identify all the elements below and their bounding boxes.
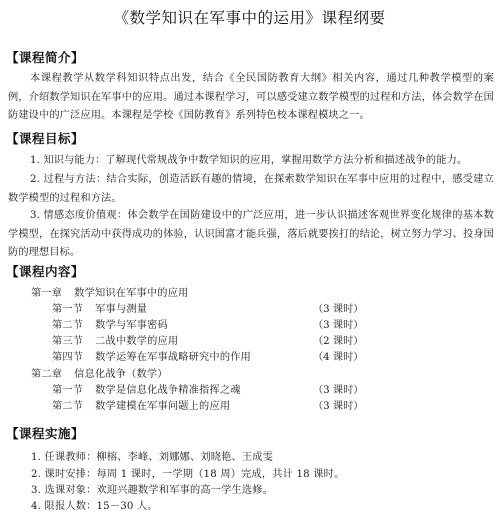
- chapter-label: 第二章: [31, 369, 62, 380]
- section-label: 第一节: [52, 304, 83, 315]
- section-hours: （2 课时）: [313, 334, 363, 350]
- section-title: 数学是信息化战争精准指挥之魂: [95, 385, 240, 396]
- chapter-label: 第一章: [31, 288, 62, 299]
- section-heading-content: 【课程内容】: [6, 262, 84, 280]
- chapter-2-section-2: 第二节数学建模在军事问题上的应用: [52, 399, 230, 415]
- intro-paragraph: 本课程教学从数学科知识特点出发，结合《全民国防教育大纲》相关内容，通过几种教学模…: [8, 70, 494, 126]
- chapter-1-section-1: 第一节军事与测量: [52, 302, 147, 318]
- chapter-title: 信息化战争（数学）: [74, 369, 168, 380]
- section-heading-implementation: 【课程实施】: [6, 424, 84, 442]
- chapter-1: 第一章数学知识在军事中的应用: [31, 286, 188, 302]
- page-title: 《数学知识在军事中的运用》课程纲要: [0, 6, 499, 28]
- section-hours: （3 课时）: [313, 318, 363, 334]
- goal-item-1: 1. 知识与能力：了解现代常规战争中数学知识的应用，掌握用数学方法分析和描述战争…: [8, 152, 494, 171]
- section-label: 第二节: [52, 401, 83, 412]
- implementation-item-1: 1. 任课教师：柳榕、李峰、刘娜娜、刘晓艳、王成雯: [31, 450, 273, 466]
- section-title: 二战中数学的应用: [95, 336, 178, 347]
- chapter-1-section-3: 第三节二战中数学的应用: [52, 334, 178, 350]
- section-hours: （4 课时）: [313, 350, 363, 366]
- section-heading-intro: 【课程简介】: [6, 48, 84, 66]
- section-label: 第三节: [52, 336, 83, 347]
- implementation-item-2: 2. 课时安排：每周 1 课时，一学期（18 周）完成，共计 18 课时。: [31, 467, 344, 483]
- goal-item-3: 3. 情感态度价值观：体会数学在国防建设中的广泛应用，进一步认识描述客观世界变化…: [8, 207, 494, 263]
- section-title: 军事与测量: [95, 304, 147, 315]
- section-label: 第二节: [52, 320, 83, 331]
- goal-item-2: 2. 过程与方法：结合实际，创造活跃有趣的情境，在探索数学知识在军事中应用的过程…: [8, 171, 494, 208]
- chapter-2: 第二章信息化战争（数学）: [31, 367, 168, 383]
- implementation-item-3: 3. 选课对象：欢迎兴趣数学和军事的高一学生选修。: [31, 483, 273, 499]
- section-title: 数学与军事密码: [95, 320, 168, 331]
- section-label: 第一节: [52, 385, 83, 396]
- implementation-item-4: 4. 限报人数：15－30 人。: [31, 499, 158, 515]
- section-heading-goals: 【课程目标】: [6, 129, 84, 147]
- section-hours: （3 课时）: [313, 383, 363, 399]
- section-label: 第四节: [52, 352, 83, 363]
- chapter-1-section-4: 第四节数学运筹在军事战略研究中的作用: [52, 350, 251, 366]
- section-hours: （3 课时）: [313, 302, 363, 318]
- section-title: 数学运筹在军事战略研究中的作用: [95, 352, 251, 363]
- chapter-2-section-1: 第一节数学是信息化战争精准指挥之魂: [52, 383, 241, 399]
- chapter-title: 数学知识在军事中的应用: [74, 288, 188, 299]
- chapter-1-section-2: 第二节数学与军事密码: [52, 318, 168, 334]
- section-hours: （3 课时）: [313, 399, 363, 415]
- section-title: 数学建模在军事问题上的应用: [95, 401, 230, 412]
